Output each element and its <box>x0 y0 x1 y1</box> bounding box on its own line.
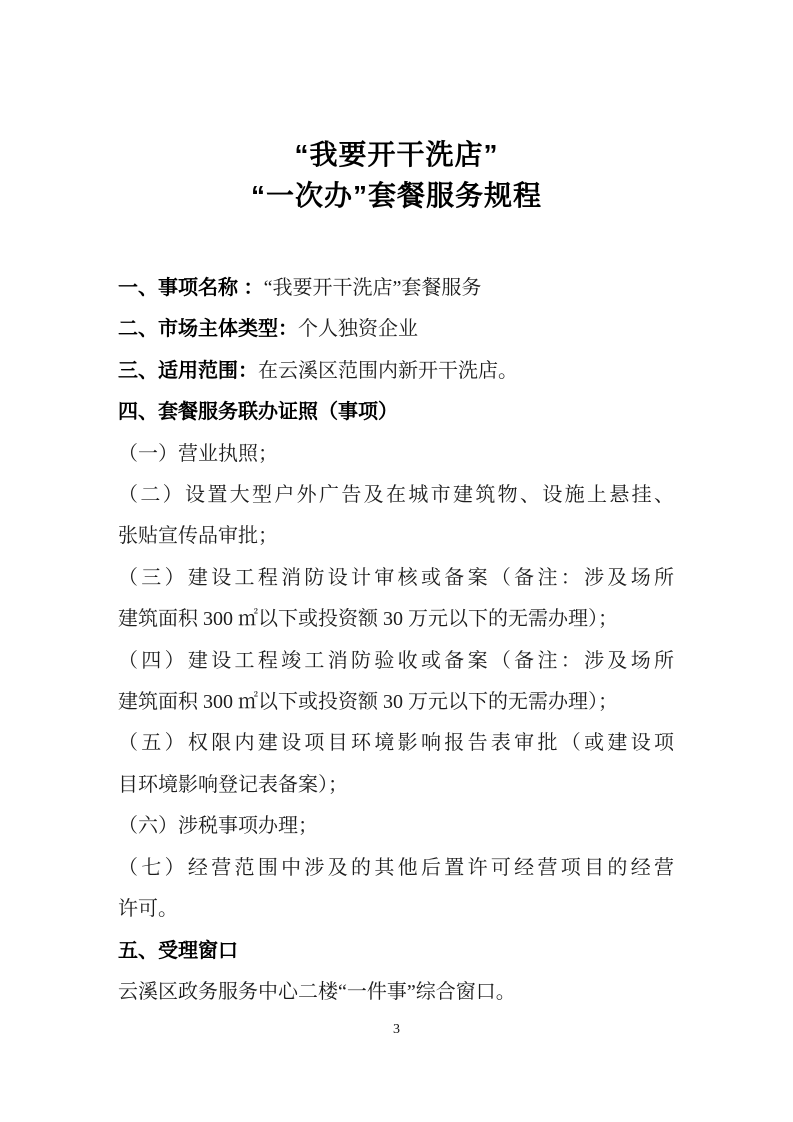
item-3-line-1: （三）建设工程消防设计审核或备案（备注：涉及场所 <box>118 558 674 599</box>
item-2-line-1: （二）设置大型户外广告及在城市建筑物、设施上悬挂、 <box>118 475 674 516</box>
section-1-item-name: 一、事项名称 ：“我要开干洗店”套餐服务 <box>118 268 674 309</box>
item-5-line-1: （五）权限内建设项目环境影响报告表审批（或建设项 <box>118 723 674 764</box>
item-4-line-1: （四）建设工程竣工消防验收或备案（备注：涉及场所 <box>118 641 674 682</box>
section-3-scope: 三、适用范围：在云溪区范围内新开干洗店。 <box>118 351 674 392</box>
document-body: 一、事项名称 ：“我要开干洗店”套餐服务 二、市场主体类型：个人独资企业 三、适… <box>118 268 674 1013</box>
item-4-line-2: 建筑面积 300 ㎡以下或投资额 30 万元以下的无需办理）； <box>118 682 674 723</box>
title-line-2: “一次办”套餐服务规程 <box>0 175 793 216</box>
document-title: “我要开干洗店” “一次办”套餐服务规程 <box>0 0 793 216</box>
item-3-line-2: 建筑面积 300 ㎡以下或投资额 30 万元以下的无需办理）； <box>118 599 674 640</box>
item-1-line-1: （一）营业执照； <box>118 434 674 475</box>
section-5-heading: 五、受理窗口 <box>118 931 674 972</box>
item-7-line-1: （七）经营范围中涉及的其他后置许可经营项目的经营 <box>118 848 674 889</box>
section-2-value: 个人独资企业 <box>298 318 418 340</box>
section-4-heading: 四、套餐服务联办证照（事项） <box>118 392 674 433</box>
section-3-value: 在云溪区范围内新开干洗店。 <box>258 360 518 382</box>
section-2-entity-type: 二、市场主体类型：个人独资企业 <box>118 309 674 350</box>
item-6-line-1: （六）涉税事项办理； <box>118 806 674 847</box>
title-line-1: “我要开干洗店” <box>0 134 793 175</box>
item-2-line-2: 张贴宣传品审批； <box>118 516 674 557</box>
section-1-label: 一、事项名称 ： <box>118 277 264 299</box>
section-2-label: 二、市场主体类型： <box>118 318 298 340</box>
document-page: “我要开干洗店” “一次办”套餐服务规程 一、事项名称 ：“我要开干洗店”套餐服… <box>0 0 793 1122</box>
item-5-line-2: 目环境影响登记表备案）； <box>118 765 674 806</box>
item-7-line-2: 许可。 <box>118 889 674 930</box>
section-5-window-line: 云溪区政务服务中心二楼“一件事”综合窗口。 <box>118 972 674 1013</box>
page-number: 3 <box>0 1022 793 1038</box>
section-3-label: 三、适用范围： <box>118 360 258 382</box>
section-1-value: “我要开干洗店”套餐服务 <box>264 277 482 299</box>
